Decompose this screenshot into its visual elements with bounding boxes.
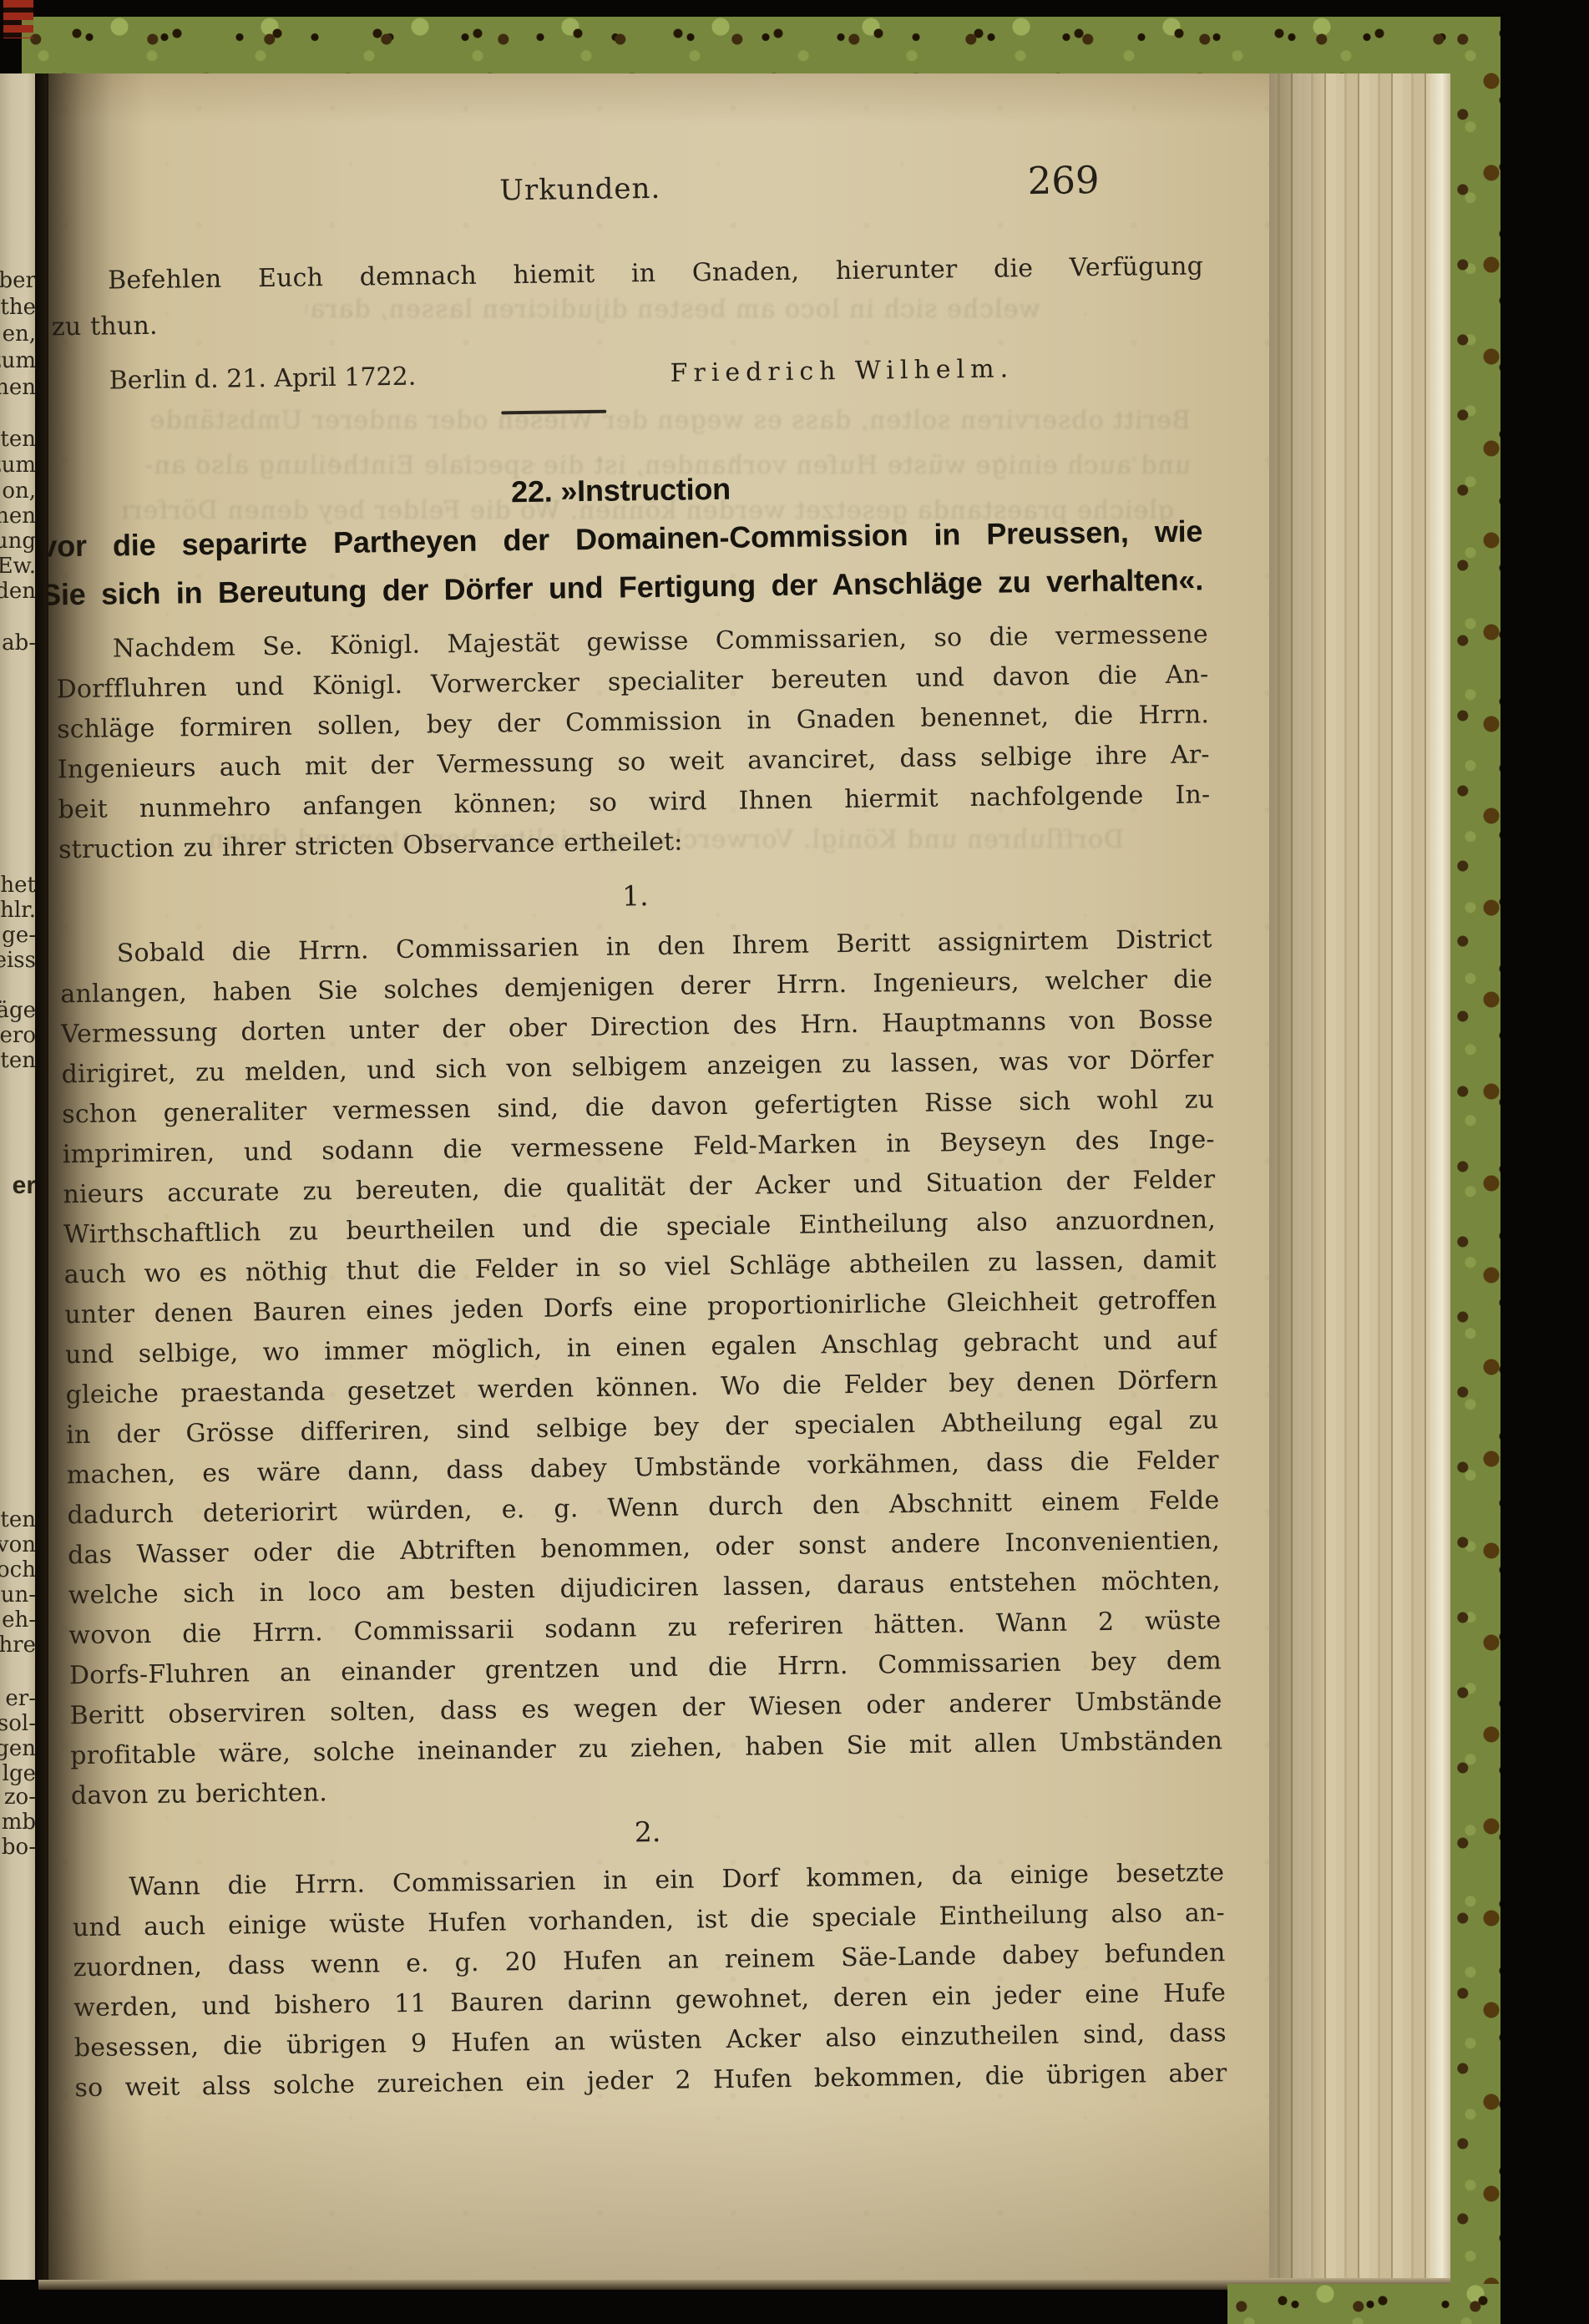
facing-page-text-fragment: sol-	[0, 1712, 36, 1735]
facing-page-text-fragment: hen	[0, 376, 36, 399]
facing-page-text-fragment: zo-	[4, 1785, 36, 1809]
facing-page-text-fragment: ber	[0, 269, 36, 292]
facing-page-text-fragment: Ew.	[0, 554, 36, 578]
book-cover-marbled-top	[22, 17, 1500, 73]
section-2-paragraph: Wann die Hrrn. Commissarien in ein Dorf …	[72, 1853, 1227, 2109]
facing-page-text-fragment: lten	[0, 1049, 36, 1072]
red-mark	[3, 0, 33, 38]
facing-page-text-fragment: gen	[0, 1737, 36, 1760]
page-edge-highlight	[1430, 73, 1450, 2286]
facing-page-text-fragment: ab-	[2, 631, 36, 655]
facing-page-text-fragment: von	[0, 1533, 36, 1557]
facing-page-text-fragment: het	[0, 873, 36, 897]
facing-page-text-fragment: hre	[0, 1633, 36, 1657]
signature: Friedrich Wilhelm.	[670, 346, 1014, 396]
facing-page-text-fragment: er-	[5, 1687, 36, 1710]
facing-page-text-fragment: nen	[0, 504, 36, 528]
dateline: Berlin d. 21. April 1722.	[109, 362, 417, 396]
facing-page-text-fragment: mb	[2, 1810, 36, 1834]
running-title: Urkunden.	[455, 171, 706, 208]
facing-page-text-fragment: och	[0, 1558, 36, 1582]
book-cover-marbled-right	[1449, 17, 1500, 2324]
facing-page-text-fragment: bo-	[2, 1835, 36, 1859]
facing-page-text-fragment: lge	[3, 1762, 36, 1785]
book-scan: bertheen,zumhentenzumon,nenungEw.denab-h…	[0, 0, 1589, 2324]
page-number: 269	[1027, 157, 1145, 203]
closing-paragraph: Befehlen Euch demnach hiemit in Gnaden, …	[51, 243, 1204, 350]
facing-page-text-fragment: ero	[0, 1024, 36, 1047]
facing-page-text-fragment: ung	[0, 529, 36, 553]
facing-page-text-fragment: en,	[3, 322, 36, 346]
section-heading: 22. »Instruction vor die separirte Parth…	[39, 458, 1203, 619]
book-cover-marbled-bottom	[1227, 2284, 1500, 2324]
facing-page-strip: bertheen,zumhentenzumon,nenungEw.denab-h…	[0, 73, 38, 2280]
facing-page-text-fragment: äge	[0, 999, 36, 1022]
intro-paragraph: Nachdem Se. Königl. Majestät gewisse Com…	[56, 615, 1212, 870]
facing-page-text-fragment: un-	[1, 1583, 36, 1607]
facing-page-text-fragment: eh-	[2, 1608, 36, 1632]
book-page: welche sich in loco am besten dijudicire…	[38, 73, 1269, 2280]
section-1-paragraph: Sobald die Hrrn. Commissarien in den Ihr…	[59, 919, 1223, 1816]
facing-page-text-fragment: hlr.	[0, 899, 36, 922]
facing-page-text-fragment: ten	[0, 428, 36, 451]
section-1-number: 1.	[59, 869, 1212, 923]
page-content: Urkunden. 269 Befehlen Euch demnach hiem…	[38, 73, 1269, 2280]
section-divider-rule	[501, 410, 606, 415]
facing-page-text-fragment: zum	[0, 349, 36, 372]
facing-page-text-fragment: ge-	[2, 924, 36, 947]
spine-gutter-line	[35, 73, 48, 2280]
facing-page-text-fragment: the	[0, 296, 36, 319]
facing-page-text-fragment: zum	[0, 453, 36, 477]
facing-page-text-fragment: eiss	[0, 949, 36, 972]
dateline-row: Berlin d. 21. April 1722. Friedrich Wilh…	[52, 343, 1205, 404]
facing-page-text-fragment: den	[0, 580, 36, 603]
page-edge-stack	[1269, 73, 1450, 2286]
facing-page-text-fragment: ten	[0, 1508, 36, 1532]
facing-page-text-fragment: er	[13, 1174, 36, 1197]
facing-page-text-fragment: on,	[2, 479, 36, 503]
